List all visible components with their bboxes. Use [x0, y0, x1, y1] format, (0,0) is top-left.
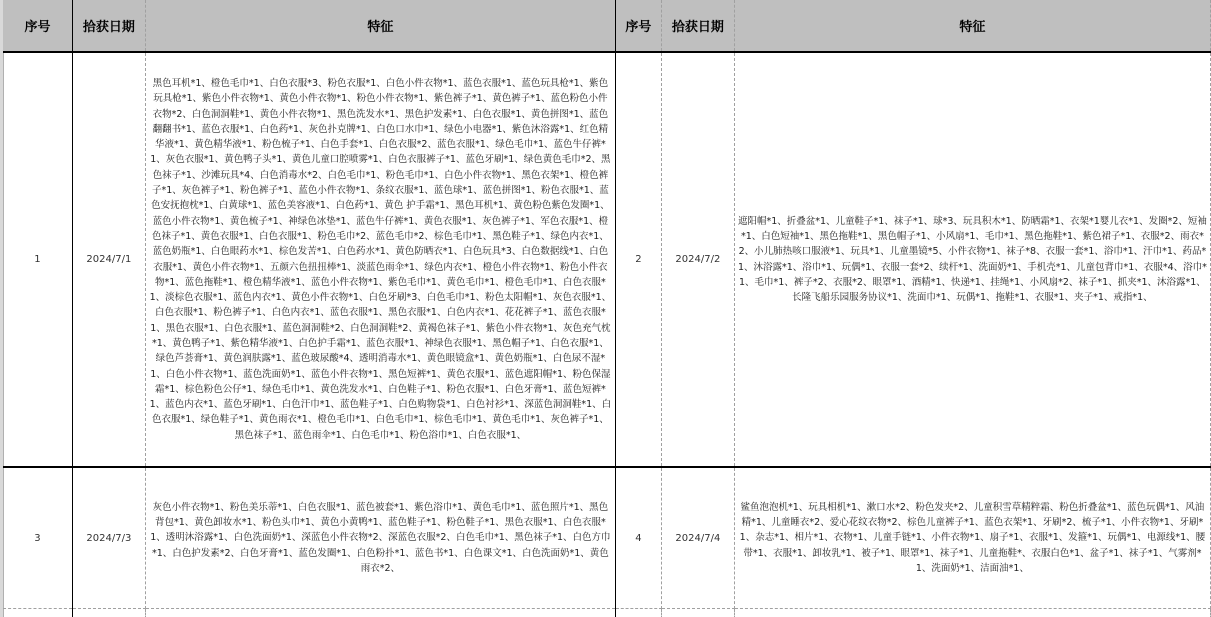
index-cell[interactable]: 2	[615, 52, 661, 467]
header-index-2[interactable]: 序号	[615, 0, 661, 52]
table-row-partial	[3, 609, 1211, 617]
header-row: 序号 拾获日期 特征 序号 拾获日期 特征	[3, 0, 1211, 52]
index-cell[interactable]	[615, 609, 661, 617]
header-date[interactable]: 拾获日期	[72, 0, 145, 52]
date-cell[interactable]	[72, 609, 145, 617]
header-features-2[interactable]: 特征	[734, 0, 1210, 52]
date-cell[interactable]: 2024/7/1	[72, 52, 145, 467]
date-cell[interactable]: 2024/7/2	[661, 52, 734, 467]
date-cell[interactable]	[661, 609, 734, 617]
header-date-2[interactable]: 拾获日期	[661, 0, 734, 52]
date-cell[interactable]: 2024/7/3	[72, 467, 145, 609]
features-cell[interactable]: 灰色小件衣物*1、粉色美乐蒂*1、白色衣服*1、蓝色被套*1、紫色浴巾*1、黄色…	[145, 467, 615, 609]
date-cell[interactable]: 2024/7/4	[661, 467, 734, 609]
index-cell[interactable]	[3, 609, 72, 617]
features-cell[interactable]: 遮阳帽*1、折叠盆*1、儿童鞋子*1、袜子*1、球*3、玩具积木*1、防晒霜*1…	[734, 52, 1210, 467]
features-cell[interactable]: 鲨鱼泡泡机*1、玩具相机*1、漱口水*2、粉色发夹*2、儿童积雪草精粹霜、粉色折…	[734, 467, 1210, 609]
lost-and-found-table: 序号 拾获日期 特征 序号 拾获日期 特征 1 2024/7/1 黑色耳机*1、…	[3, 0, 1211, 617]
index-cell[interactable]: 3	[3, 467, 72, 609]
table-row: 1 2024/7/1 黑色耳机*1、橙色毛巾*1、白色衣服*3、粉色衣服*1、白…	[3, 52, 1211, 467]
header-features[interactable]: 特征	[145, 0, 615, 52]
table-row: 3 2024/7/3 灰色小件衣物*1、粉色美乐蒂*1、白色衣服*1、蓝色被套*…	[3, 467, 1211, 609]
header-index[interactable]: 序号	[3, 0, 72, 52]
index-cell[interactable]: 4	[615, 467, 661, 609]
features-cell[interactable]	[734, 609, 1210, 617]
features-cell[interactable]	[145, 609, 615, 617]
features-cell[interactable]: 黑色耳机*1、橙色毛巾*1、白色衣服*3、粉色衣服*1、白色小件衣物*1、蓝色衣…	[145, 52, 615, 467]
index-cell[interactable]: 1	[3, 52, 72, 467]
